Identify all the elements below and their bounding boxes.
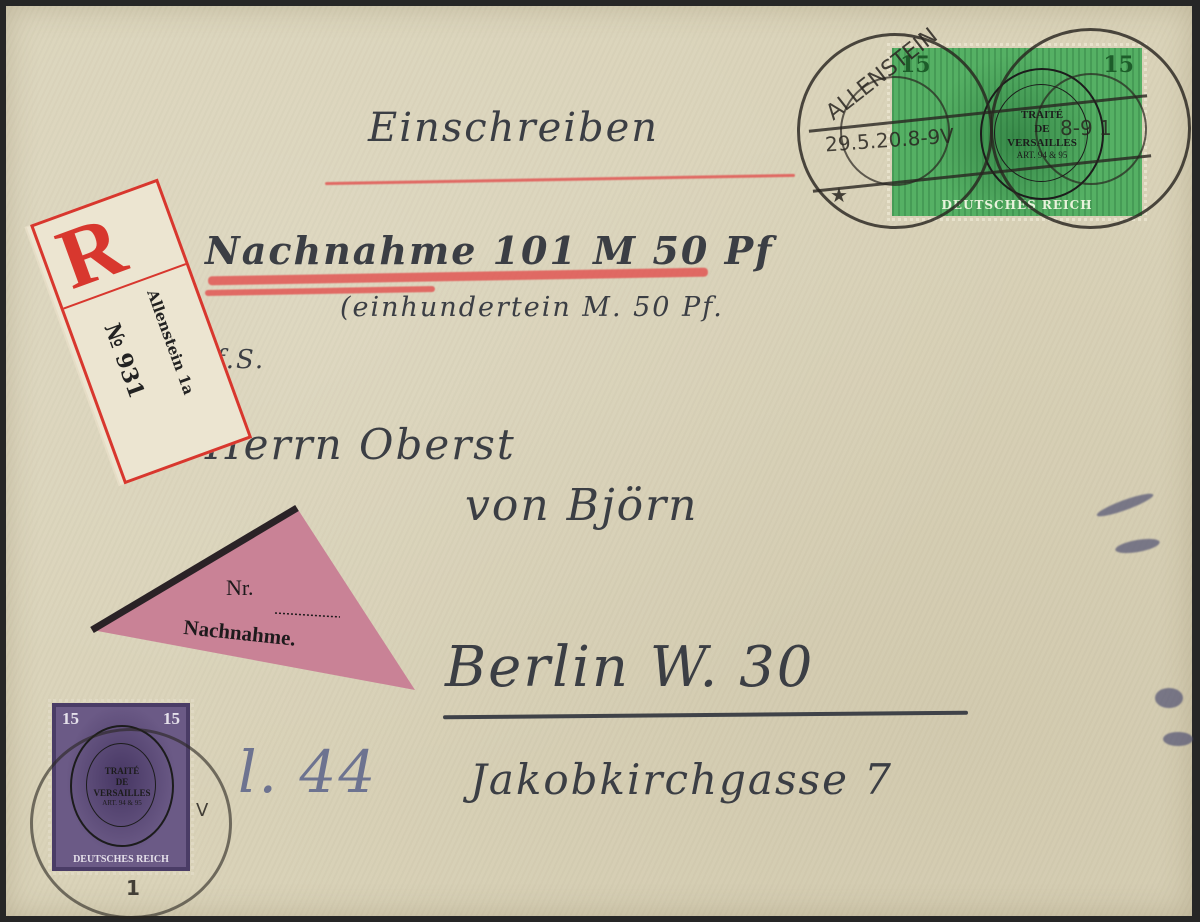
stamp-denomination-right: 15: [163, 709, 180, 729]
handwritten-amount-words: (einhundertein M. 50 Pf.: [340, 292, 724, 323]
handwritten-city: Berlin W. 30: [445, 635, 814, 700]
cod-nr-label: Nr.: [226, 575, 254, 601]
handwritten-blue-note: l. 44: [238, 738, 377, 806]
registration-office: Allenstein 1a: [143, 287, 198, 397]
handwritten-einschreiben: Einschreiben: [368, 105, 659, 151]
cod-label: Nr. Nachnahme.: [90, 505, 420, 695]
handwritten-street: Jakobkirchgasse 7: [470, 755, 893, 804]
postmark-star-icon: ★: [830, 183, 848, 207]
handwritten-addressee-name: von Björn: [465, 480, 699, 531]
handwritten-nachnahme-amount: Nachnahme 101 M 50 Pf: [205, 228, 774, 273]
postmark-bottom-number: 1: [126, 876, 140, 900]
handwritten-addressee-title: Herrn Oberst: [205, 420, 516, 469]
postmark-date-repeat: 8-9 1: [1060, 116, 1112, 140]
registration-number: № 931: [99, 320, 150, 402]
stamp-denomination-left: 15: [62, 709, 79, 729]
postmark-bottom-date: V: [196, 800, 208, 821]
